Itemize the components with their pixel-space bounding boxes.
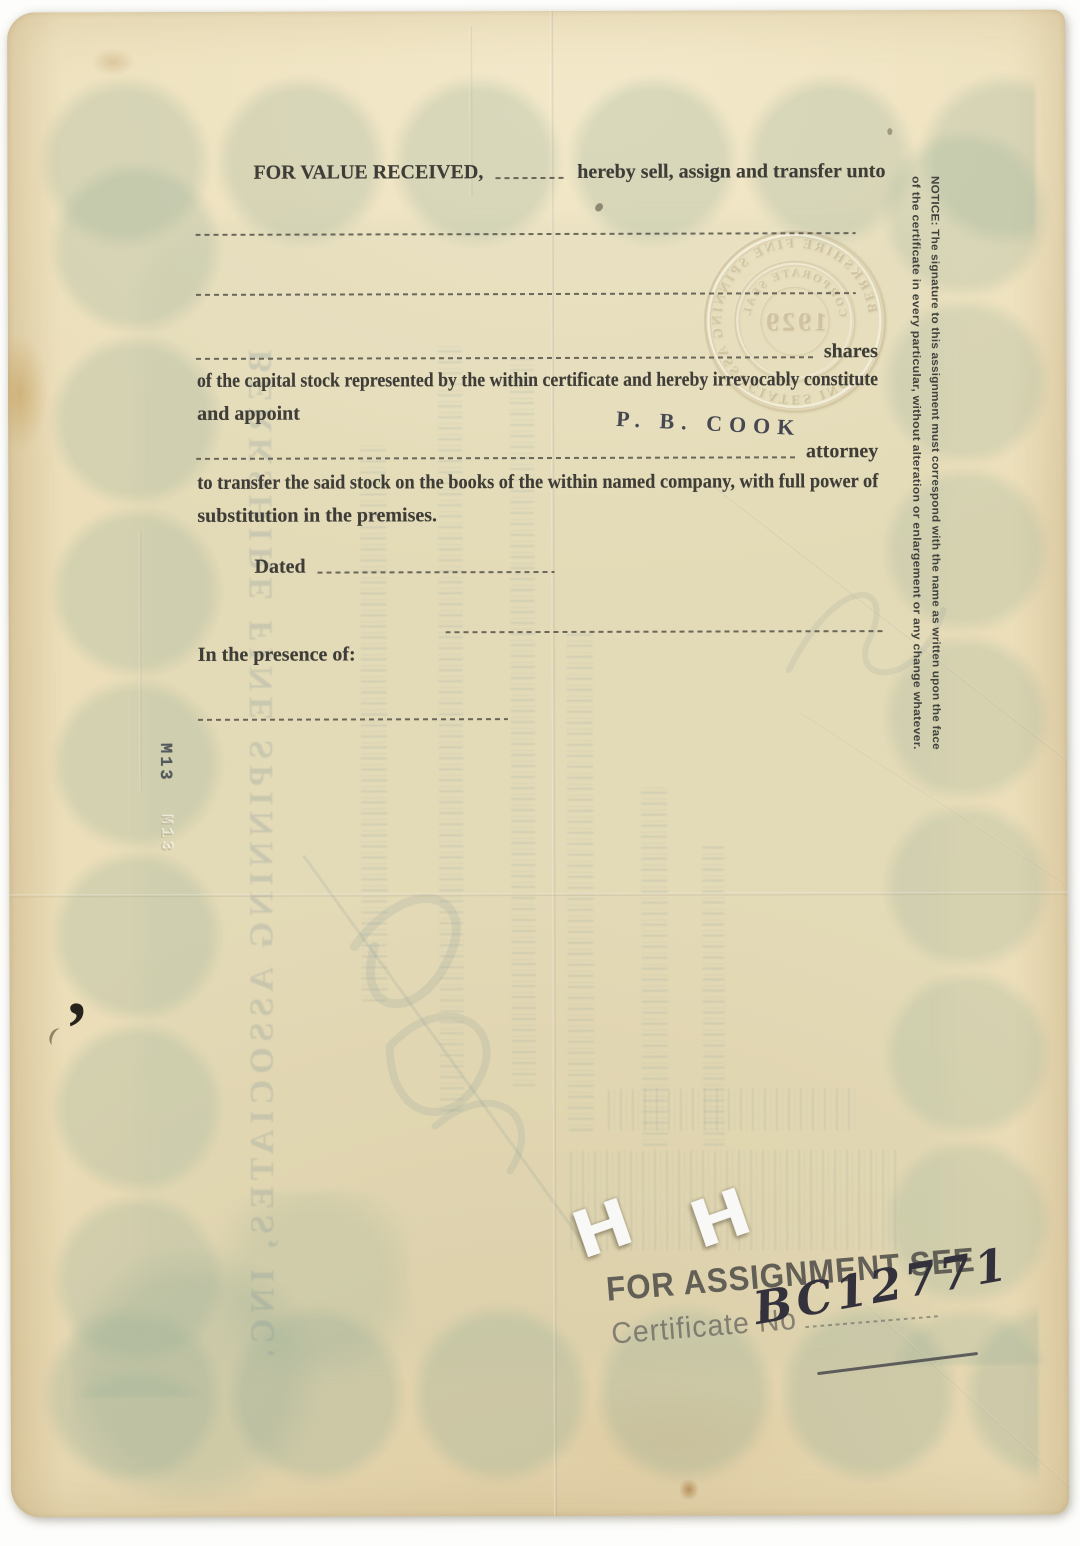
ghost-text-column [567,631,594,1131]
crease-line [550,11,557,1516]
stain [531,1380,831,1501]
ghost-company-title: BERKSHIRE FINE SPINNING ASSOCIATES, INC. [242,350,283,1355]
crease-line [708,481,1069,802]
notice-line-2: of the certificate in every particular, … [905,176,926,750]
notice-block: NOTICE: The signature to this assignment… [905,176,945,752]
handwriting-underline [817,1352,978,1375]
shares-row: shares [196,340,878,365]
ink-blot-comma: , [61,947,88,1033]
share-count-blank [196,356,814,360]
attorney-row: attorney [196,440,878,465]
notice-line-1: NOTICE: The signature to this assignment… [924,176,945,750]
ghost-text-column [510,356,536,1086]
ink-speck [887,128,892,135]
stain [91,48,135,76]
seal-year: 1929 [763,307,827,336]
value-received-label: FOR VALUE RECEIVED, [253,161,483,185]
capital-stock-line: of the capital stock represented by the … [197,368,878,393]
crease-line [138,532,142,792]
scanned-certificate-back: BERKSHIRE FINE SPINNING ASSOCIATES, INC. [0,0,1080,1546]
dated-label: Dated [254,556,305,579]
assignor-name-blank [495,177,565,179]
attorney-label: attorney [806,440,878,463]
certificate-paper: BERKSHIRE FINE SPINNING ASSOCIATES, INC. [7,10,1069,1518]
punch-id-stamp: M13 [155,743,174,783]
ink-speck [593,202,604,213]
dated-row: Dated [254,555,554,579]
appoint-line: and appoint [197,403,300,426]
shares-label: shares [824,340,878,363]
stain [7,334,48,452]
stain [679,1479,699,1501]
pen-mark [47,1026,67,1048]
guilloche-corner-blob [70,1191,411,1502]
attorney-name-blank [196,456,796,460]
substitution-line: substitution in the premises. [197,504,437,528]
crease-line [9,892,1067,898]
transfer-unto-label: hereby sell, assign and transfer unto [577,160,885,184]
punch-id-emboss: M13 [155,815,174,855]
ghost-text-band [608,1088,858,1131]
dated-blank [318,571,555,574]
presence-label: In the presence of: [198,643,356,666]
assignment-intro-row: FOR VALUE RECEIVED, hereby sell, assign … [253,160,885,185]
transfer-power-line: to transfer the said stock on the books … [197,470,878,495]
signature-line [446,630,886,633]
